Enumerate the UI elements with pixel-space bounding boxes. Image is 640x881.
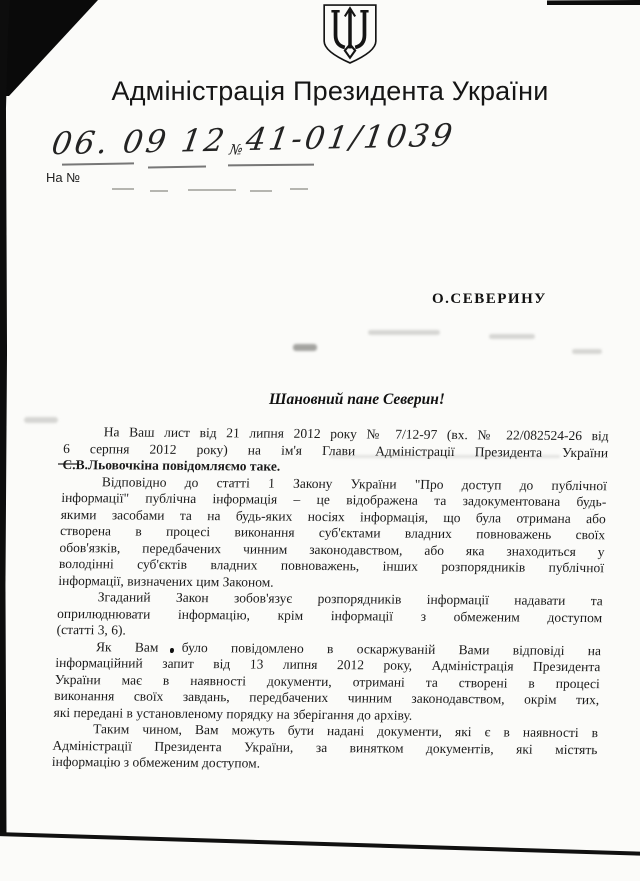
ukraine-trident-emblem-icon <box>314 3 386 65</box>
faded-dash <box>150 190 168 192</box>
faded-dash <box>250 190 272 192</box>
handwritten-date: 06. 09 12 <box>49 122 229 162</box>
reply-to-label: На № <box>46 170 80 185</box>
number-sign: № <box>228 142 244 158</box>
erased-text-smudge <box>24 417 58 423</box>
recipient-name: О.СЕВЕРИНУ <box>432 291 547 308</box>
underline-mark <box>148 165 206 168</box>
handwritten-number: 41-01/1039 <box>243 118 457 158</box>
erased-text-smudge <box>489 334 535 339</box>
scan-top-edge-artifact <box>547 0 640 5</box>
erased-text-smudge <box>572 349 602 354</box>
letterhead-title: Адміністрація Президента України <box>0 76 640 107</box>
salutation: Шановний пане Северин! <box>0 391 640 409</box>
faded-dash <box>290 188 308 190</box>
erased-text-smudge <box>368 330 440 335</box>
underline-mark <box>228 164 314 166</box>
scan-left-edge-artifact <box>0 0 13 836</box>
underline-mark <box>62 162 134 165</box>
faded-dash <box>112 188 134 190</box>
handwritten-reference: 06. 09 12№41-01/1039 <box>49 118 457 163</box>
scanned-letter-page: Адміністрація Президента України 06. 09 … <box>0 0 640 881</box>
letter-body: На Ваш лист від 21 липня 2012 року № 7/1… <box>52 424 609 775</box>
scan-bottom-edge-artifact <box>0 832 640 855</box>
erased-text-smudge <box>293 344 317 351</box>
faded-dash <box>188 189 236 191</box>
